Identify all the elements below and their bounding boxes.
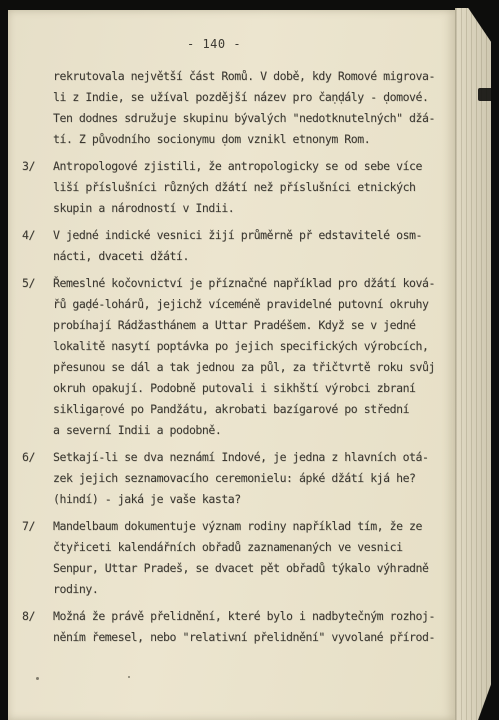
- text-line: skupin a národností v Indii.: [53, 198, 451, 219]
- page-corner-shadow-bottom: [456, 624, 491, 720]
- text-line: okruh opakují. Podobně putovali i sikhšt…: [53, 378, 451, 399]
- text-line: a severní Indii a podobně.: [53, 420, 451, 441]
- text-line: Setkají-li se dva neznámí Indové, je jed…: [53, 447, 451, 468]
- paragraph: rekrutovala největší část Romů. V době, …: [53, 66, 451, 150]
- text-line: zek jejich seznamovacího ceremonielu: áp…: [53, 468, 451, 489]
- text-line: přesunou se dál a tak jednou za půl, za …: [53, 357, 451, 378]
- ink-speck: [36, 677, 39, 680]
- text-line: probíhají Rádžasthánem a Uttar Pradéšem.…: [53, 315, 451, 336]
- text-line: rodiny.: [53, 579, 451, 600]
- footnote-number: 3/: [22, 156, 35, 177]
- paragraph: 7/Mandelbaum dokumentuje význam rodiny n…: [53, 516, 451, 600]
- paragraph: 6/Setkají-li se dva neznámí Indové, je j…: [53, 447, 451, 510]
- paragraph: 3/Antropologové zjistili, že antropologi…: [53, 156, 451, 219]
- footnote-number: 5/: [22, 273, 35, 294]
- text-line: Mandelbaum dokumentuje význam rodiny nap…: [53, 516, 451, 537]
- text-line: Senpur, Uttar Pradeš, se dvacet pět obřa…: [53, 558, 451, 579]
- text-line: sikligaṛové po Pandžátu, akrobati bazíga…: [53, 399, 451, 420]
- ink-speck: [128, 676, 130, 678]
- document-page: - 140 - rekrutovala největší část Romů. …: [8, 10, 455, 720]
- text-line: rekrutovala největší část Romů. V době, …: [53, 66, 451, 87]
- text-line: Antropologové zjistili, že antropologick…: [53, 156, 451, 177]
- text-line: Řemeslné kočovnictví je příznačné napřík…: [53, 273, 451, 294]
- page-number: - 140 -: [187, 37, 241, 51]
- footnote-number: 7/: [22, 516, 35, 537]
- text-line: V jedné indické vesnici žijí průměrně př…: [53, 225, 451, 246]
- text-line: něním řemesel, nebo "relativní přelidněn…: [53, 627, 451, 648]
- text-line: (hindí) - jaká je vaše kasta?: [53, 489, 451, 510]
- text-line: nácti, dvaceti džátí.: [53, 246, 451, 267]
- page-edge-stack: [455, 8, 491, 720]
- text-line: li z Indie, se užíval pozdější název pro…: [53, 87, 451, 108]
- text-line: lokalitě nasytí poptávka po jejich speci…: [53, 336, 451, 357]
- footnote-number: 4/: [22, 225, 35, 246]
- paragraph: 4/V jedné indické vesnici žijí průměrně …: [53, 225, 451, 267]
- page-content: rekrutovala největší část Romů. V době, …: [53, 66, 451, 648]
- text-line: tí. Z původního socionymu ḍom vznikl etn…: [53, 129, 451, 150]
- footnote-number: 8/: [22, 606, 35, 627]
- text-line: řů gaḍé-lohárů, jejichž víceméně pravide…: [53, 294, 451, 315]
- text-line: Ten dodnes sdružuje skupinu bývalých "ne…: [53, 108, 451, 129]
- text-line: Možná že právě přelidnění, které bylo i …: [53, 606, 451, 627]
- text-line: čtyřiceti kalendářních obřadů zaznamenan…: [53, 537, 451, 558]
- page-edge-notch: [478, 88, 491, 101]
- footnote-number: 6/: [22, 447, 35, 468]
- paragraph: 8/Možná že právě přelidnění, které bylo …: [53, 606, 451, 648]
- page-corner-shadow-top: [456, 8, 491, 60]
- text-line: liší příslušníci různých džátí než přísl…: [53, 177, 451, 198]
- ink-speck: [233, 638, 235, 640]
- paragraph: 5/Řemeslné kočovnictví je příznačné např…: [53, 273, 451, 441]
